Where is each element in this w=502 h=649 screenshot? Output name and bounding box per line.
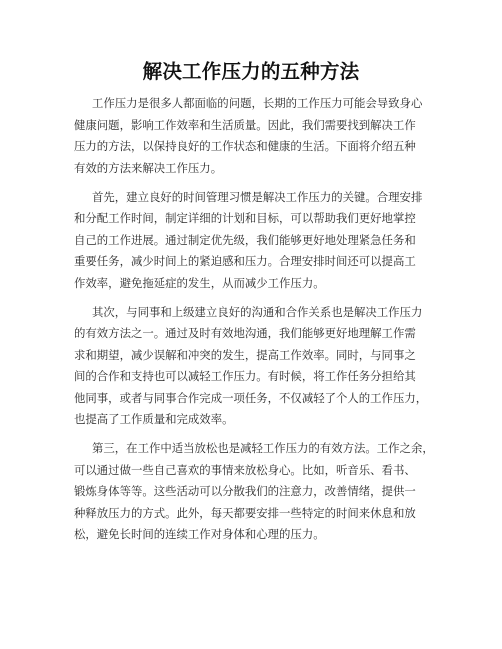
text-line: 也提高了工作质量和完成效率。 xyxy=(74,409,494,431)
text-line: 可以通过做一些自己喜欢的事情来放松身心。比如，听音乐、看书、 xyxy=(74,460,494,482)
text-line: 压力的方法，以保持良好的工作状态和健康的生活。下面将介绍五种 xyxy=(74,136,494,158)
document-page: 解决工作压力的五种方法 工作压力是很多人都面临的问题，长期的工作压力可能会导致身… xyxy=(0,0,502,649)
paragraph-relaxation: 第三，在工作中适当放松也是减轻工作压力的有效方法。工作之余， 可以通过做一些自己… xyxy=(74,438,494,546)
text-line: 锻炼身体等等。这些活动可以分散我们的注意力，改善情绪，提供一 xyxy=(74,481,494,503)
text-line: 工作压力是很多人都面临的问题，长期的工作压力可能会导致身心 xyxy=(74,93,494,115)
text-line: 重要任务，减少时间上的紧迫感和压力。合理安排时间还可以提高工 xyxy=(74,251,494,273)
text-line: 健康问题，影响工作效率和生活质量。因此，我们需要找到解决工作 xyxy=(74,115,494,137)
text-line: 的有效方法之一。通过及时有效地沟通，我们能够更好地理解工作需 xyxy=(74,323,494,345)
paragraph-communication: 其次，与同事和上级建立良好的沟通和合作关系也是解决工作压力 的有效方法之一。通过… xyxy=(74,302,494,431)
text-line: 求和期望，减少误解和冲突的发生，提高工作效率。同时，与同事之 xyxy=(74,345,494,367)
text-line: 松，避免长时间的连续工作对身体和心理的压力。 xyxy=(74,524,494,546)
text-line: 他同事，或者与同事合作完成一项任务，不仅减轻了个人的工作压力， xyxy=(74,388,494,410)
text-line: 自己的工作进展。通过制定优先级，我们能够更好地处理紧急任务和 xyxy=(74,230,494,252)
paragraph-intro: 工作压力是很多人都面临的问题，长期的工作压力可能会导致身心 健康问题，影响工作效… xyxy=(74,93,494,179)
text-line: 首先，建立良好的时间管理习惯是解决工作压力的关键。合理安排 xyxy=(74,187,494,209)
text-line: 和分配工作时间，制定详细的计划和目标，可以帮助我们更好地掌控 xyxy=(74,208,494,230)
text-line: 间的合作和支持也可以减轻工作压力。有时候，将工作任务分担给其 xyxy=(74,366,494,388)
text-line: 作效率，避免拖延症的发生，从而减少工作压力。 xyxy=(74,273,494,295)
text-line: 其次，与同事和上级建立良好的沟通和合作关系也是解决工作压力 xyxy=(74,302,494,324)
paragraph-time-management: 首先，建立良好的时间管理习惯是解决工作压力的关键。合理安排 和分配工作时间，制定… xyxy=(74,187,494,295)
text-line: 种释放压力的方式。此外，每天都要安排一些特定的时间来休息和放 xyxy=(74,503,494,525)
document-body: 工作压力是很多人都面临的问题，长期的工作压力可能会导致身心 健康问题，影响工作效… xyxy=(74,93,494,553)
text-line: 有效的方法来解决工作压力。 xyxy=(74,158,494,180)
document-title: 解决工作压力的五种方法 xyxy=(0,60,502,84)
text-line: 第三，在工作中适当放松也是减轻工作压力的有效方法。工作之余， xyxy=(74,438,494,460)
